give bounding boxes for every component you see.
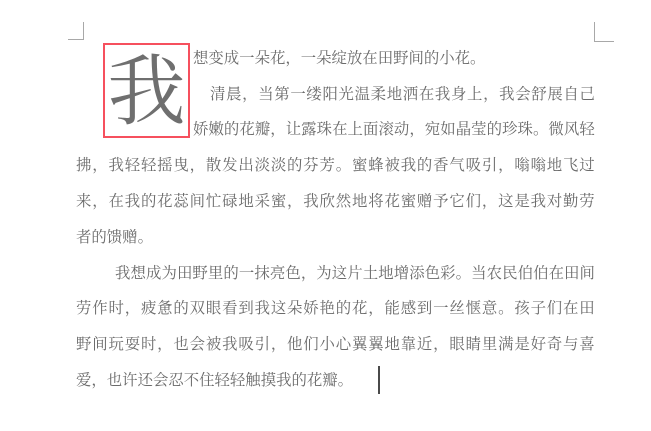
character: 眼 (206, 296, 221, 318)
character: 靠 (401, 332, 416, 354)
character: 我 (401, 153, 416, 175)
character: 我 (276, 368, 291, 390)
character: 绽 (332, 46, 347, 68)
character: 不 (184, 368, 199, 390)
character: 亮 (270, 261, 285, 283)
character: 引 (482, 153, 497, 175)
character: 引 (255, 332, 270, 354)
character: 是 (514, 189, 529, 211)
character: 会 (515, 82, 530, 104)
character: 翼 (368, 332, 383, 354)
character: 一 (301, 46, 316, 68)
character: ， (285, 46, 300, 68)
character: 们 (303, 332, 318, 354)
character: 这 (332, 261, 347, 283)
character: 第 (274, 82, 289, 104)
character: ， (483, 82, 498, 104)
text-line[interactable]: 者的馈赠。 (76, 218, 595, 254)
character: 田 (378, 46, 393, 68)
character: 香 (433, 153, 448, 175)
character: ， (433, 332, 448, 354)
character: 间 (408, 46, 423, 68)
character: 土 (363, 261, 378, 283)
character: 感 (401, 296, 416, 318)
character: 蜜 (352, 153, 367, 175)
character: 孩 (514, 296, 529, 318)
character: ， (271, 332, 286, 354)
character: 珠 (518, 117, 533, 139)
character: 欣 (320, 189, 335, 211)
character: 蕊 (173, 189, 188, 211)
character: 野 (393, 46, 408, 68)
character: 野 (192, 261, 207, 283)
character: 间 (580, 261, 595, 283)
character: 被 (206, 332, 221, 354)
character: 们 (547, 296, 562, 318)
character: 地 (378, 261, 393, 283)
character: 一 (433, 296, 448, 318)
character: 这 (498, 189, 513, 211)
character: 上 (348, 117, 363, 139)
character: 我 (108, 153, 123, 175)
character: 嗡 (531, 153, 546, 175)
character: 我 (435, 82, 450, 104)
character: 与 (563, 332, 578, 354)
character: 馈 (107, 225, 122, 247)
character: 花 (307, 368, 322, 390)
character: 的 (91, 225, 106, 247)
character: 睛 (466, 332, 481, 354)
character: 忍 (168, 368, 183, 390)
text-line[interactable]: 野间玩耍时，也会被我吸引，他们小心翼翼地靠近，眼睛里满是好奇与喜 (76, 325, 595, 361)
character: 动 (394, 117, 409, 139)
character: 田 (579, 296, 594, 318)
text-line[interactable]: 来，在我的花蕊间忙碌地采蜜，我欣然地将花蜜赠予它们，这是我对勤劳 (76, 182, 595, 218)
character: 当 (258, 82, 273, 104)
character: 触 (245, 368, 260, 390)
character: 缕 (306, 82, 321, 104)
character: 的 (336, 296, 351, 318)
character: 色 (425, 261, 440, 283)
text-cursor (378, 366, 380, 394)
character: 在 (419, 82, 434, 104)
character: 。 (456, 261, 471, 283)
character: 赠 (122, 225, 137, 247)
character: 莹 (471, 117, 486, 139)
character: 将 (368, 189, 383, 211)
character: 花 (455, 46, 470, 68)
character: 风 (564, 117, 579, 139)
character: 花 (239, 117, 254, 139)
character: 在 (563, 296, 578, 318)
character: 住 (199, 368, 214, 390)
character: 看 (222, 296, 237, 318)
character: 己 (579, 82, 594, 104)
character: 散 (206, 153, 221, 175)
character: 喜 (579, 332, 594, 354)
character: 温 (355, 82, 370, 104)
character: 花 (157, 189, 172, 211)
character: 发 (222, 153, 237, 175)
character: 在 (108, 189, 123, 211)
character: ， (498, 153, 513, 175)
character: 一 (290, 82, 305, 104)
text-line[interactable]: 清晨，当第一缕阳光温柔地洒在我身上，我会舒展自己 (76, 75, 595, 111)
character: 珠 (317, 117, 332, 139)
character: 里 (208, 261, 223, 283)
character: 他 (287, 332, 302, 354)
character: 这 (271, 296, 286, 318)
character: 到 (238, 296, 253, 318)
character: 朵 (255, 46, 270, 68)
character: 柔 (371, 82, 386, 104)
character: 面 (363, 117, 378, 139)
character: 的 (424, 46, 439, 68)
character: 地 (387, 82, 402, 104)
character: 小 (320, 332, 335, 354)
character: 野 (76, 332, 91, 354)
character: 惫 (157, 296, 172, 318)
character: ， (482, 189, 497, 211)
character: ， (92, 189, 107, 211)
character: 轻 (579, 117, 594, 139)
character: 阳 (322, 82, 337, 104)
character: 。 (533, 117, 548, 139)
character: 当 (471, 261, 486, 283)
character: 花 (384, 189, 399, 211)
character: 让 (286, 117, 301, 139)
character: 片 (347, 261, 362, 283)
character: 摇 (157, 153, 172, 175)
character: 我 (531, 189, 546, 211)
character: 增 (394, 261, 409, 283)
character: 间 (92, 332, 107, 354)
character: 过 (579, 153, 594, 175)
character: 民 (502, 261, 517, 283)
character: 的 (173, 296, 188, 318)
text-line[interactable]: 我想成为田野里的一抹亮色，为这片土地增添色彩。当农民伯伯在田间 (76, 254, 595, 290)
character: 的 (141, 189, 156, 211)
character: 宛 (425, 117, 440, 139)
character: 瓣 (322, 368, 337, 390)
character: 眼 (449, 332, 464, 354)
character: 田 (564, 261, 579, 283)
character: 一 (239, 261, 254, 283)
character: 然 (336, 189, 351, 211)
character: 里 (482, 332, 497, 354)
character: 地 (238, 189, 253, 211)
character: 丝 (449, 296, 464, 318)
character: 田 (177, 261, 192, 283)
character: 我 (115, 261, 130, 283)
character: 碌 (222, 189, 237, 211)
document-page-canvas: 我 想变成一朵花，一朵绽放在田野间的小花。 清晨，当第一缕阳光温柔地洒在我身上，… (0, 0, 651, 431)
character: 飞 (563, 153, 578, 175)
character: 地 (352, 189, 367, 211)
character: 好 (531, 332, 546, 354)
character: 耍 (125, 332, 140, 354)
character: 会 (153, 368, 168, 390)
character: 采 (255, 189, 270, 211)
character: 晶 (456, 117, 471, 139)
character: 上 (467, 82, 482, 104)
character: 成 (224, 46, 239, 68)
character: 近 (417, 332, 432, 354)
character: 色 (285, 261, 300, 283)
character: 者 (76, 225, 91, 247)
character: 吸 (238, 332, 253, 354)
character: ， (157, 332, 172, 354)
character: 。 (498, 296, 513, 318)
character: 是 (514, 332, 529, 354)
character: 清 (210, 82, 225, 104)
character: 蜜 (401, 189, 416, 211)
character: 双 (190, 296, 205, 318)
character: 添 (409, 261, 424, 283)
character: ， (190, 153, 205, 175)
character: 我 (222, 332, 237, 354)
character: 被 (384, 153, 399, 175)
character: 展 (547, 82, 562, 104)
character: 能 (384, 296, 399, 318)
character: 自 (563, 82, 578, 104)
character: 的 (287, 153, 302, 175)
character: 蜜 (271, 189, 286, 211)
character: 在 (549, 261, 564, 283)
character: 放 (347, 46, 362, 68)
character: 一 (239, 46, 254, 68)
character: 娇 (303, 296, 318, 318)
character: 舒 (531, 82, 546, 104)
text-line[interactable]: 娇嫩的花瓣，让露珠在上面滚动，宛如晶莹的珍珠。微风轻 (76, 111, 595, 147)
character: ， (301, 261, 316, 283)
character: 珍 (502, 117, 517, 139)
character: 。 (336, 153, 351, 175)
character: 艳 (320, 296, 335, 318)
character: 嫩 (208, 117, 223, 139)
character: 的 (291, 368, 306, 390)
character: 忙 (206, 189, 221, 211)
character: 彩 (440, 261, 455, 283)
character: 气 (449, 153, 464, 175)
character: 玩 (108, 332, 123, 354)
character: 想 (130, 261, 145, 283)
character: 拂 (76, 153, 91, 175)
character: 晨 (226, 82, 241, 104)
character: 它 (449, 189, 464, 211)
character: 如 (440, 117, 455, 139)
character: 疲 (141, 296, 156, 318)
character: 洒 (403, 82, 418, 104)
margin-corner-top-right (594, 22, 614, 42)
character: 轻 (230, 368, 245, 390)
text-line[interactable]: 爱，也许还会忍不住轻轻触摸我的花瓣。 (76, 361, 595, 397)
character: 成 (146, 261, 161, 283)
character: 惬 (466, 296, 481, 318)
character: 们 (466, 189, 481, 211)
character: 的 (223, 261, 238, 283)
character: ， (287, 189, 302, 211)
character: 奇 (547, 332, 562, 354)
character: 摸 (261, 368, 276, 390)
character: 轻 (215, 368, 230, 390)
margin-corner-top-left (68, 22, 84, 40)
character: 农 (487, 261, 502, 283)
character: 伯 (533, 261, 548, 283)
character: 时 (141, 332, 156, 354)
character: 。 (138, 225, 153, 247)
document-text-area[interactable]: 想变成一朵花，一朵绽放在田野间的小花。 清晨，当第一缕阳光温柔地洒在我身上，我会… (76, 39, 595, 397)
character: 的 (487, 117, 502, 139)
character: 劳 (76, 296, 91, 318)
character: 芳 (320, 153, 335, 175)
character: 我 (499, 82, 514, 104)
character: 芬 (303, 153, 318, 175)
character: 予 (433, 189, 448, 211)
character: 变 (208, 46, 223, 68)
character: 小 (439, 46, 454, 68)
character: 的 (224, 117, 239, 139)
character: 露 (301, 117, 316, 139)
character: 我 (303, 189, 318, 211)
character: 赠 (417, 189, 432, 211)
character: ， (92, 153, 107, 175)
character: 子 (531, 296, 546, 318)
character: 地 (547, 153, 562, 175)
character: 勤 (563, 189, 578, 211)
character: 我 (255, 296, 270, 318)
character: 身 (451, 82, 466, 104)
character: 。 (338, 368, 353, 390)
character: 也 (107, 368, 122, 390)
character: 朵 (316, 46, 331, 68)
character: ， (242, 82, 257, 104)
character: 翼 (352, 332, 367, 354)
character: 蜂 (368, 153, 383, 175)
character: 淡 (255, 153, 270, 175)
character: 伯 (518, 261, 533, 283)
character: ， (125, 296, 140, 318)
character: 心 (336, 332, 351, 354)
character: 也 (173, 332, 188, 354)
character: ， (91, 368, 106, 390)
character: 地 (384, 332, 399, 354)
character: ， (368, 296, 383, 318)
character: 抹 (254, 261, 269, 283)
character: 轻 (141, 153, 156, 175)
character: 淡 (271, 153, 286, 175)
text-line[interactable]: 拂，我轻轻摇曳，散发出淡淡的芬芳。蜜蜂被我的香气吸引，嗡嗡地飞过 (76, 146, 595, 182)
character: 在 (362, 46, 377, 68)
character: 为 (316, 261, 331, 283)
character: 意 (482, 296, 497, 318)
character: 我 (125, 189, 140, 211)
character: ， (270, 117, 285, 139)
text-line[interactable]: 想变成一朵花，一朵绽放在田野间的小花。 (76, 39, 595, 75)
character: 爱 (76, 368, 91, 390)
character: 光 (339, 82, 354, 104)
character: 想 (193, 46, 208, 68)
character: 会 (190, 332, 205, 354)
character: 在 (332, 117, 347, 139)
character: 花 (352, 296, 367, 318)
character: 嗡 (514, 153, 529, 175)
character: 娇 (193, 117, 208, 139)
character: 朵 (287, 296, 302, 318)
character: 来 (76, 189, 91, 211)
character: 对 (547, 189, 562, 211)
character: 的 (417, 153, 432, 175)
character: ， (409, 117, 424, 139)
character: 还 (138, 368, 153, 390)
character: 间 (190, 189, 205, 211)
character: 到 (417, 296, 432, 318)
character: 出 (238, 153, 253, 175)
character: 花 (270, 46, 285, 68)
character: 作 (92, 296, 107, 318)
text-line[interactable]: 劳作时，疲惫的双眼看到我这朵娇艳的花，能感到一丝惬意。孩子们在田 (76, 290, 595, 326)
character: 满 (498, 332, 513, 354)
character: 轻 (125, 153, 140, 175)
character: 瓣 (255, 117, 270, 139)
character: 劳 (579, 189, 594, 211)
character: 时 (108, 296, 123, 318)
character: 吸 (466, 153, 481, 175)
character: 为 (161, 261, 176, 283)
character: 滚 (378, 117, 393, 139)
character: 曳 (173, 153, 188, 175)
character: 。 (470, 46, 485, 68)
character: 微 (548, 117, 563, 139)
character: 许 (122, 368, 137, 390)
